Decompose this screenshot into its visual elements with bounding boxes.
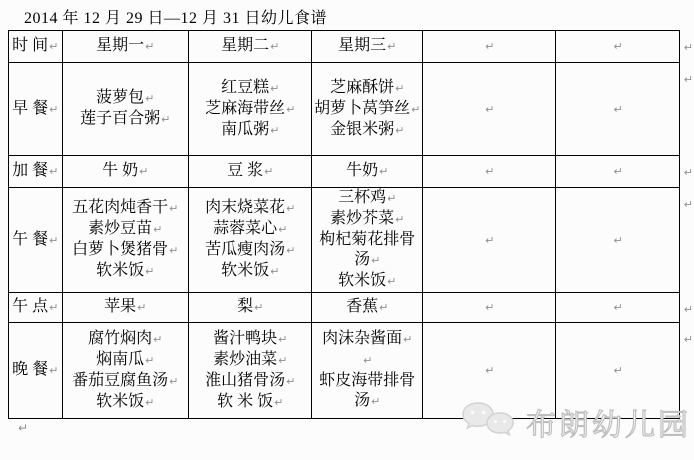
cell-line: 胡萝卜莴笋丝↵ bbox=[313, 99, 421, 120]
wechat-icon bbox=[460, 399, 518, 445]
day-header-cell: 星期一↵ bbox=[62, 31, 188, 63]
cell-line: 豆 浆↵ bbox=[190, 161, 310, 182]
line-break-mark: ↵ bbox=[395, 124, 404, 137]
line-break-mark: ↵ bbox=[379, 301, 388, 314]
cell-line: 素炒芥菜↵ bbox=[313, 209, 421, 230]
cell-line: 焖南瓜↵ bbox=[64, 350, 187, 371]
meal-label-text: 晚 餐 bbox=[12, 361, 48, 378]
cell-line: ↵ bbox=[424, 360, 554, 381]
meal-row: 午 餐↵五花肉炖香干↵素炒豆苗↵白萝卜煲猪骨↵软米饭↵肉末烧菜花↵蒜蓉菜心↵苦瓜… bbox=[9, 188, 694, 293]
menu-cell: 五花肉炖香干↵素炒豆苗↵白萝卜煲猪骨↵软米饭↵ bbox=[62, 188, 188, 293]
dish-text: 牛奶 bbox=[346, 162, 378, 179]
cell-line: ↵ bbox=[424, 36, 554, 57]
row-end-mark-cell: ↵ bbox=[679, 188, 693, 293]
line-break-mark: ↵ bbox=[286, 244, 295, 257]
cell-line: 芝麻海带丝↵ bbox=[190, 99, 310, 120]
line-break-mark: ↵ bbox=[363, 354, 372, 367]
line-break-mark: ↵ bbox=[161, 113, 170, 126]
watermark-text: 布朗幼儿园 bbox=[526, 400, 691, 444]
cell-line: 软 米 饭↵ bbox=[190, 392, 310, 413]
line-break-mark: ↵ bbox=[387, 192, 396, 205]
empty-cell: ↵ bbox=[556, 63, 679, 156]
line-break-mark: ↵ bbox=[270, 265, 279, 278]
dish-text: 菠萝包 bbox=[96, 89, 144, 106]
dish-text: 软米饭 bbox=[96, 393, 144, 410]
cell-line: 白萝卜煲猪骨↵ bbox=[64, 240, 187, 261]
dish-text: 焖南瓜 bbox=[96, 351, 144, 368]
dish-text: 蒜蓉菜心 bbox=[213, 220, 277, 237]
line-break-mark: ↵ bbox=[153, 333, 162, 346]
row-end-mark-cell: ↵ bbox=[679, 293, 693, 323]
cell-line: 淮山猪骨汤↵ bbox=[190, 371, 310, 392]
day-header-cell: 星期三↵ bbox=[312, 31, 423, 63]
cell-line: 南瓜粥↵ bbox=[190, 120, 310, 141]
meal-label-cell: 晚 餐↵ bbox=[9, 323, 63, 419]
cell-line: 午 点↵ bbox=[10, 297, 61, 318]
header-text: 星期二 bbox=[221, 37, 269, 54]
line-break-mark: ↵ bbox=[684, 198, 693, 211]
cell-line: 素炒豆苗↵ bbox=[64, 219, 187, 240]
line-break-mark: ↵ bbox=[411, 103, 420, 116]
line-break-mark: ↵ bbox=[169, 244, 178, 257]
menu-cell: 肉沫杂酱面↵↵虾皮海带排骨汤↵ bbox=[312, 323, 423, 419]
cell-line: 肉末烧菜花↵ bbox=[190, 198, 310, 219]
line-break-mark: ↵ bbox=[153, 223, 162, 236]
meal-label-text: 午 餐 bbox=[12, 231, 48, 248]
line-break-mark: ↵ bbox=[49, 165, 58, 178]
dish-text: 软米饭 bbox=[338, 272, 386, 289]
meal-label-cell: 加 餐↵ bbox=[9, 156, 63, 188]
line-break-mark: ↵ bbox=[169, 202, 178, 215]
dish-text: 番茄豆腐鱼汤 bbox=[72, 372, 168, 389]
line-break-mark: ↵ bbox=[278, 223, 287, 236]
time-header-cell: 时 间↵ bbox=[9, 31, 63, 63]
menu-cell: 香蕉↵ bbox=[312, 293, 423, 323]
cell-line: 肉沫杂酱面↵ bbox=[313, 329, 421, 350]
meal-label-text: 早 餐 bbox=[12, 100, 48, 117]
line-break-mark: ↵ bbox=[286, 202, 295, 215]
empty-header-cell: ↵ bbox=[556, 31, 679, 63]
cell-line: 三杯鸡↵ bbox=[313, 188, 421, 209]
line-break-mark: ↵ bbox=[371, 254, 380, 267]
dish-text: 酱汁鸭块 bbox=[213, 330, 277, 347]
menu-cell: 豆 浆↵ bbox=[188, 156, 311, 188]
cell-line: 金银米粥↵ bbox=[313, 120, 421, 141]
cell-line: 香蕉↵ bbox=[313, 297, 421, 318]
dish-text: 五花肉炖香干 bbox=[72, 199, 168, 216]
dish-text: 软 米 饭 bbox=[217, 393, 273, 410]
cell-line: ↵ bbox=[557, 161, 677, 182]
cell-line: 软米饭↵ bbox=[64, 261, 187, 282]
cell-line: 午 餐↵ bbox=[10, 230, 61, 251]
dish-text: 豆 浆 bbox=[227, 162, 263, 179]
line-break-mark: ↵ bbox=[684, 303, 693, 316]
header-row: 时 间↵星期一↵星期二↵星期三↵↵↵↵ bbox=[9, 31, 694, 63]
menu-cell: 苹果↵ bbox=[62, 293, 188, 323]
line-break-mark: ↵ bbox=[274, 396, 283, 409]
line-break-mark: ↵ bbox=[49, 364, 58, 377]
cell-line: 晚 餐↵ bbox=[10, 360, 61, 381]
menu-table-body: 时 间↵星期一↵星期二↵星期三↵↵↵↵早 餐↵菠萝包↵莲子百合粥↵红豆糕↵芝麻海… bbox=[9, 31, 694, 419]
cell-line: 苦瓜瘦肉汤↵ bbox=[190, 240, 310, 261]
line-break-mark: ↵ bbox=[613, 301, 622, 314]
line-break-mark: ↵ bbox=[387, 40, 396, 53]
line-break-mark: ↵ bbox=[613, 103, 622, 116]
menu-cell: 梨↵ bbox=[188, 293, 311, 323]
menu-cell: 菠萝包↵莲子百合粥↵ bbox=[62, 63, 188, 156]
line-break-mark: ↵ bbox=[379, 165, 388, 178]
empty-cell: ↵ bbox=[556, 188, 679, 293]
line-break-mark: ↵ bbox=[613, 234, 622, 247]
line-break-mark: ↵ bbox=[145, 40, 154, 53]
menu-cell: 肉末烧菜花↵蒜蓉菜心↵苦瓜瘦肉汤↵软米饭↵ bbox=[188, 188, 311, 293]
cell-line: 红豆糕↵ bbox=[190, 78, 310, 99]
page-title: 2014 年 12 月 29 日—12 月 31 日幼儿食谱 bbox=[24, 5, 327, 28]
cell-line: ↵ bbox=[557, 360, 677, 381]
line-break-mark: ↵ bbox=[137, 301, 146, 314]
line-break-mark: ↵ bbox=[169, 375, 178, 388]
line-break-mark: ↵ bbox=[485, 301, 494, 314]
line-break-mark: ↵ bbox=[684, 73, 693, 86]
line-break-mark: ↵ bbox=[145, 92, 154, 105]
dish-text: 苹果 bbox=[104, 298, 136, 315]
cell-line: ↵ bbox=[424, 99, 554, 120]
dish-text: 金银米粥 bbox=[330, 121, 394, 138]
meal-label-cell: 午 餐↵ bbox=[9, 188, 63, 293]
dish-text: 素炒油菜 bbox=[213, 351, 277, 368]
dish-text: 素炒芥菜 bbox=[330, 210, 394, 227]
cell-line: 酱汁鸭块↵ bbox=[190, 329, 310, 350]
dish-text: 软米饭 bbox=[221, 262, 269, 279]
dish-text: 虾皮海带排骨汤 bbox=[319, 372, 415, 409]
line-break-mark: ↵ bbox=[49, 40, 58, 53]
cell-line: 星期一↵ bbox=[64, 36, 187, 57]
day-header-cell: 星期二↵ bbox=[188, 31, 311, 63]
cell-line: 莲子百合粥↵ bbox=[64, 109, 187, 130]
empty-cell: ↵ bbox=[423, 156, 556, 188]
cell-line: ↵ bbox=[424, 161, 554, 182]
meal-label-text: 午 点 bbox=[12, 298, 48, 315]
dish-text: 南瓜粥 bbox=[221, 121, 269, 138]
line-break-mark: ↵ bbox=[395, 213, 404, 226]
empty-cell: ↵ bbox=[556, 156, 679, 188]
meal-row: 午 点↵苹果↵梨↵香蕉↵↵↵↵ bbox=[9, 293, 694, 323]
cell-line: 苹果↵ bbox=[64, 297, 187, 318]
line-break-mark: ↵ bbox=[371, 395, 380, 408]
dish-text: 素炒豆苗 bbox=[88, 220, 152, 237]
menu-cell: 腐竹焖肉↵焖南瓜↵番茄豆腐鱼汤↵软米饭↵ bbox=[62, 323, 188, 419]
dish-text: 牛 奶 bbox=[102, 162, 138, 179]
cell-line: 软米饭↵ bbox=[190, 261, 310, 282]
meal-label-text: 加 餐 bbox=[12, 162, 48, 179]
dish-text: 胡萝卜莴笋丝 bbox=[314, 100, 410, 117]
cell-line: 牛奶↵ bbox=[313, 161, 421, 182]
cell-line: 菠萝包↵ bbox=[64, 88, 187, 109]
line-break-mark: ↵ bbox=[485, 165, 494, 178]
cell-line: 芝麻酥饼↵ bbox=[313, 78, 421, 99]
line-break-mark: ↵ bbox=[278, 333, 287, 346]
line-break-mark: ↵ bbox=[264, 165, 273, 178]
cell-line: 梨↵ bbox=[190, 297, 310, 318]
menu-table: 时 间↵星期一↵星期二↵星期三↵↵↵↵早 餐↵菠萝包↵莲子百合粥↵红豆糕↵芝麻海… bbox=[8, 30, 694, 419]
row-end-mark-cell: ↵ bbox=[679, 63, 693, 156]
cell-line: 虾皮海带排骨汤↵ bbox=[313, 371, 421, 412]
dish-text: 香蕉 bbox=[346, 298, 378, 315]
line-break-mark: ↵ bbox=[613, 165, 622, 178]
cell-line: ↵ bbox=[313, 350, 421, 371]
menu-cell: 红豆糕↵芝麻海带丝↵南瓜粥↵ bbox=[188, 63, 311, 156]
cell-line: ↵ bbox=[424, 230, 554, 251]
dish-text: 红豆糕 bbox=[221, 79, 269, 96]
cell-line: 加 餐↵ bbox=[10, 161, 61, 182]
line-break-mark: ↵ bbox=[145, 354, 154, 367]
dish-text: 梨 bbox=[237, 298, 253, 315]
line-break-mark: ↵ bbox=[49, 301, 58, 314]
menu-cell: 芝麻酥饼↵胡萝卜莴笋丝↵金银米粥↵ bbox=[312, 63, 423, 156]
watermark: 布朗幼儿园 bbox=[460, 399, 691, 445]
meal-row: 加 餐↵牛 奶↵豆 浆↵牛奶↵↵↵↵ bbox=[9, 156, 694, 188]
cell-line: 牛 奶↵ bbox=[64, 161, 187, 182]
line-break-mark: ↵ bbox=[49, 234, 58, 247]
cell-line: 早 餐↵ bbox=[10, 99, 61, 120]
cell-line: 五花肉炖香干↵ bbox=[64, 198, 187, 219]
line-break-mark: ↵ bbox=[485, 40, 494, 53]
cell-line: ↵ bbox=[557, 36, 677, 57]
line-break-mark: ↵ bbox=[613, 40, 622, 53]
header-text: 时 间 bbox=[12, 37, 48, 54]
cell-line: 腐竹焖肉↵ bbox=[64, 329, 187, 350]
line-break-mark: ↵ bbox=[270, 82, 279, 95]
line-break-mark: ↵ bbox=[684, 166, 693, 179]
line-break-mark: ↵ bbox=[145, 265, 154, 278]
dish-text: 三杯鸡 bbox=[338, 189, 386, 206]
menu-cell: 牛 奶↵ bbox=[62, 156, 188, 188]
line-break-mark: ↵ bbox=[403, 333, 412, 346]
menu-cell: 三杯鸡↵素炒芥菜↵枸杞菊花排骨汤↵软米饭↵ bbox=[312, 188, 423, 293]
menu-cell: 牛奶↵ bbox=[312, 156, 423, 188]
meal-row: 早 餐↵菠萝包↵莲子百合粥↵红豆糕↵芝麻海带丝↵南瓜粥↵芝麻酥饼↵胡萝卜莴笋丝↵… bbox=[9, 63, 694, 156]
dish-text: 苦瓜瘦肉汤 bbox=[205, 241, 285, 258]
line-break-mark: ↵ bbox=[684, 333, 693, 346]
menu-cell: 酱汁鸭块↵素炒油菜↵淮山猪骨汤↵软 米 饭↵ bbox=[188, 323, 311, 419]
row-end-mark-cell: ↵ bbox=[679, 31, 693, 63]
empty-cell: ↵ bbox=[423, 63, 556, 156]
dish-text: 软米饭 bbox=[96, 262, 144, 279]
empty-cell: ↵ bbox=[423, 188, 556, 293]
line-break-mark: ↵ bbox=[49, 103, 58, 116]
meal-label-cell: 午 点↵ bbox=[9, 293, 63, 323]
dish-text: 白萝卜煲猪骨 bbox=[72, 241, 168, 258]
dish-text: 枸杞菊花排骨汤 bbox=[319, 231, 415, 268]
dish-text: 莲子百合粥 bbox=[80, 110, 160, 127]
header-text: 星期一 bbox=[96, 37, 144, 54]
dish-text: 肉末烧菜花 bbox=[205, 199, 285, 216]
cell-line: ↵ bbox=[424, 297, 554, 318]
line-break-mark: ↵ bbox=[485, 364, 494, 377]
dish-text: 腐竹焖肉 bbox=[88, 330, 152, 347]
cell-line: 枸杞菊花排骨汤↵ bbox=[313, 230, 421, 271]
row-end-mark-cell: ↵ bbox=[679, 156, 693, 188]
line-break-mark: ↵ bbox=[485, 234, 494, 247]
line-break-mark: ↵ bbox=[286, 103, 295, 116]
line-break-mark: ↵ bbox=[387, 275, 396, 288]
line-break-mark: ↵ bbox=[278, 354, 287, 367]
header-text: 星期三 bbox=[338, 37, 386, 54]
cell-line: 软米饭↵ bbox=[64, 392, 187, 413]
cell-line: 番茄豆腐鱼汤↵ bbox=[64, 371, 187, 392]
line-break-mark: ↵ bbox=[613, 364, 622, 377]
cell-line: 蒜蓉菜心↵ bbox=[190, 219, 310, 240]
dish-text: 芝麻海带丝 bbox=[205, 100, 285, 117]
document-page: { "page": { "title": "2014 年 12 月 29 日—1… bbox=[0, 0, 694, 460]
line-break-mark: ↵ bbox=[684, 41, 693, 54]
line-break-mark: ↵ bbox=[395, 82, 404, 95]
empty-header-cell: ↵ bbox=[423, 31, 556, 63]
line-break-mark: ↵ bbox=[270, 40, 279, 53]
cell-line: 软米饭↵ bbox=[313, 271, 421, 292]
cell-line: ↵ bbox=[557, 230, 677, 251]
cell-line: ↵ bbox=[557, 297, 677, 318]
dish-text: 淮山猪骨汤 bbox=[205, 372, 285, 389]
cell-line: 素炒油菜↵ bbox=[190, 350, 310, 371]
line-break-mark: ↵ bbox=[485, 103, 494, 116]
cell-line: ↵ bbox=[557, 99, 677, 120]
dish-text: 肉沫杂酱面 bbox=[322, 330, 402, 347]
dish-text: 芝麻酥饼 bbox=[330, 79, 394, 96]
meal-label-cell: 早 餐↵ bbox=[9, 63, 63, 156]
cell-line: 星期二↵ bbox=[190, 36, 310, 57]
cell-line: 时 间↵ bbox=[10, 36, 61, 57]
empty-cell: ↵ bbox=[423, 293, 556, 323]
paragraph-mark: ↵ bbox=[18, 421, 28, 435]
line-break-mark: ↵ bbox=[145, 396, 154, 409]
line-break-mark: ↵ bbox=[286, 375, 295, 388]
menu-table-wrap: 时 间↵星期一↵星期二↵星期三↵↵↵↵早 餐↵菠萝包↵莲子百合粥↵红豆糕↵芝麻海… bbox=[8, 30, 694, 419]
line-break-mark: ↵ bbox=[270, 124, 279, 137]
line-break-mark: ↵ bbox=[139, 165, 148, 178]
cell-line: 星期三↵ bbox=[313, 36, 421, 57]
empty-cell: ↵ bbox=[556, 293, 679, 323]
line-break-mark: ↵ bbox=[254, 301, 263, 314]
